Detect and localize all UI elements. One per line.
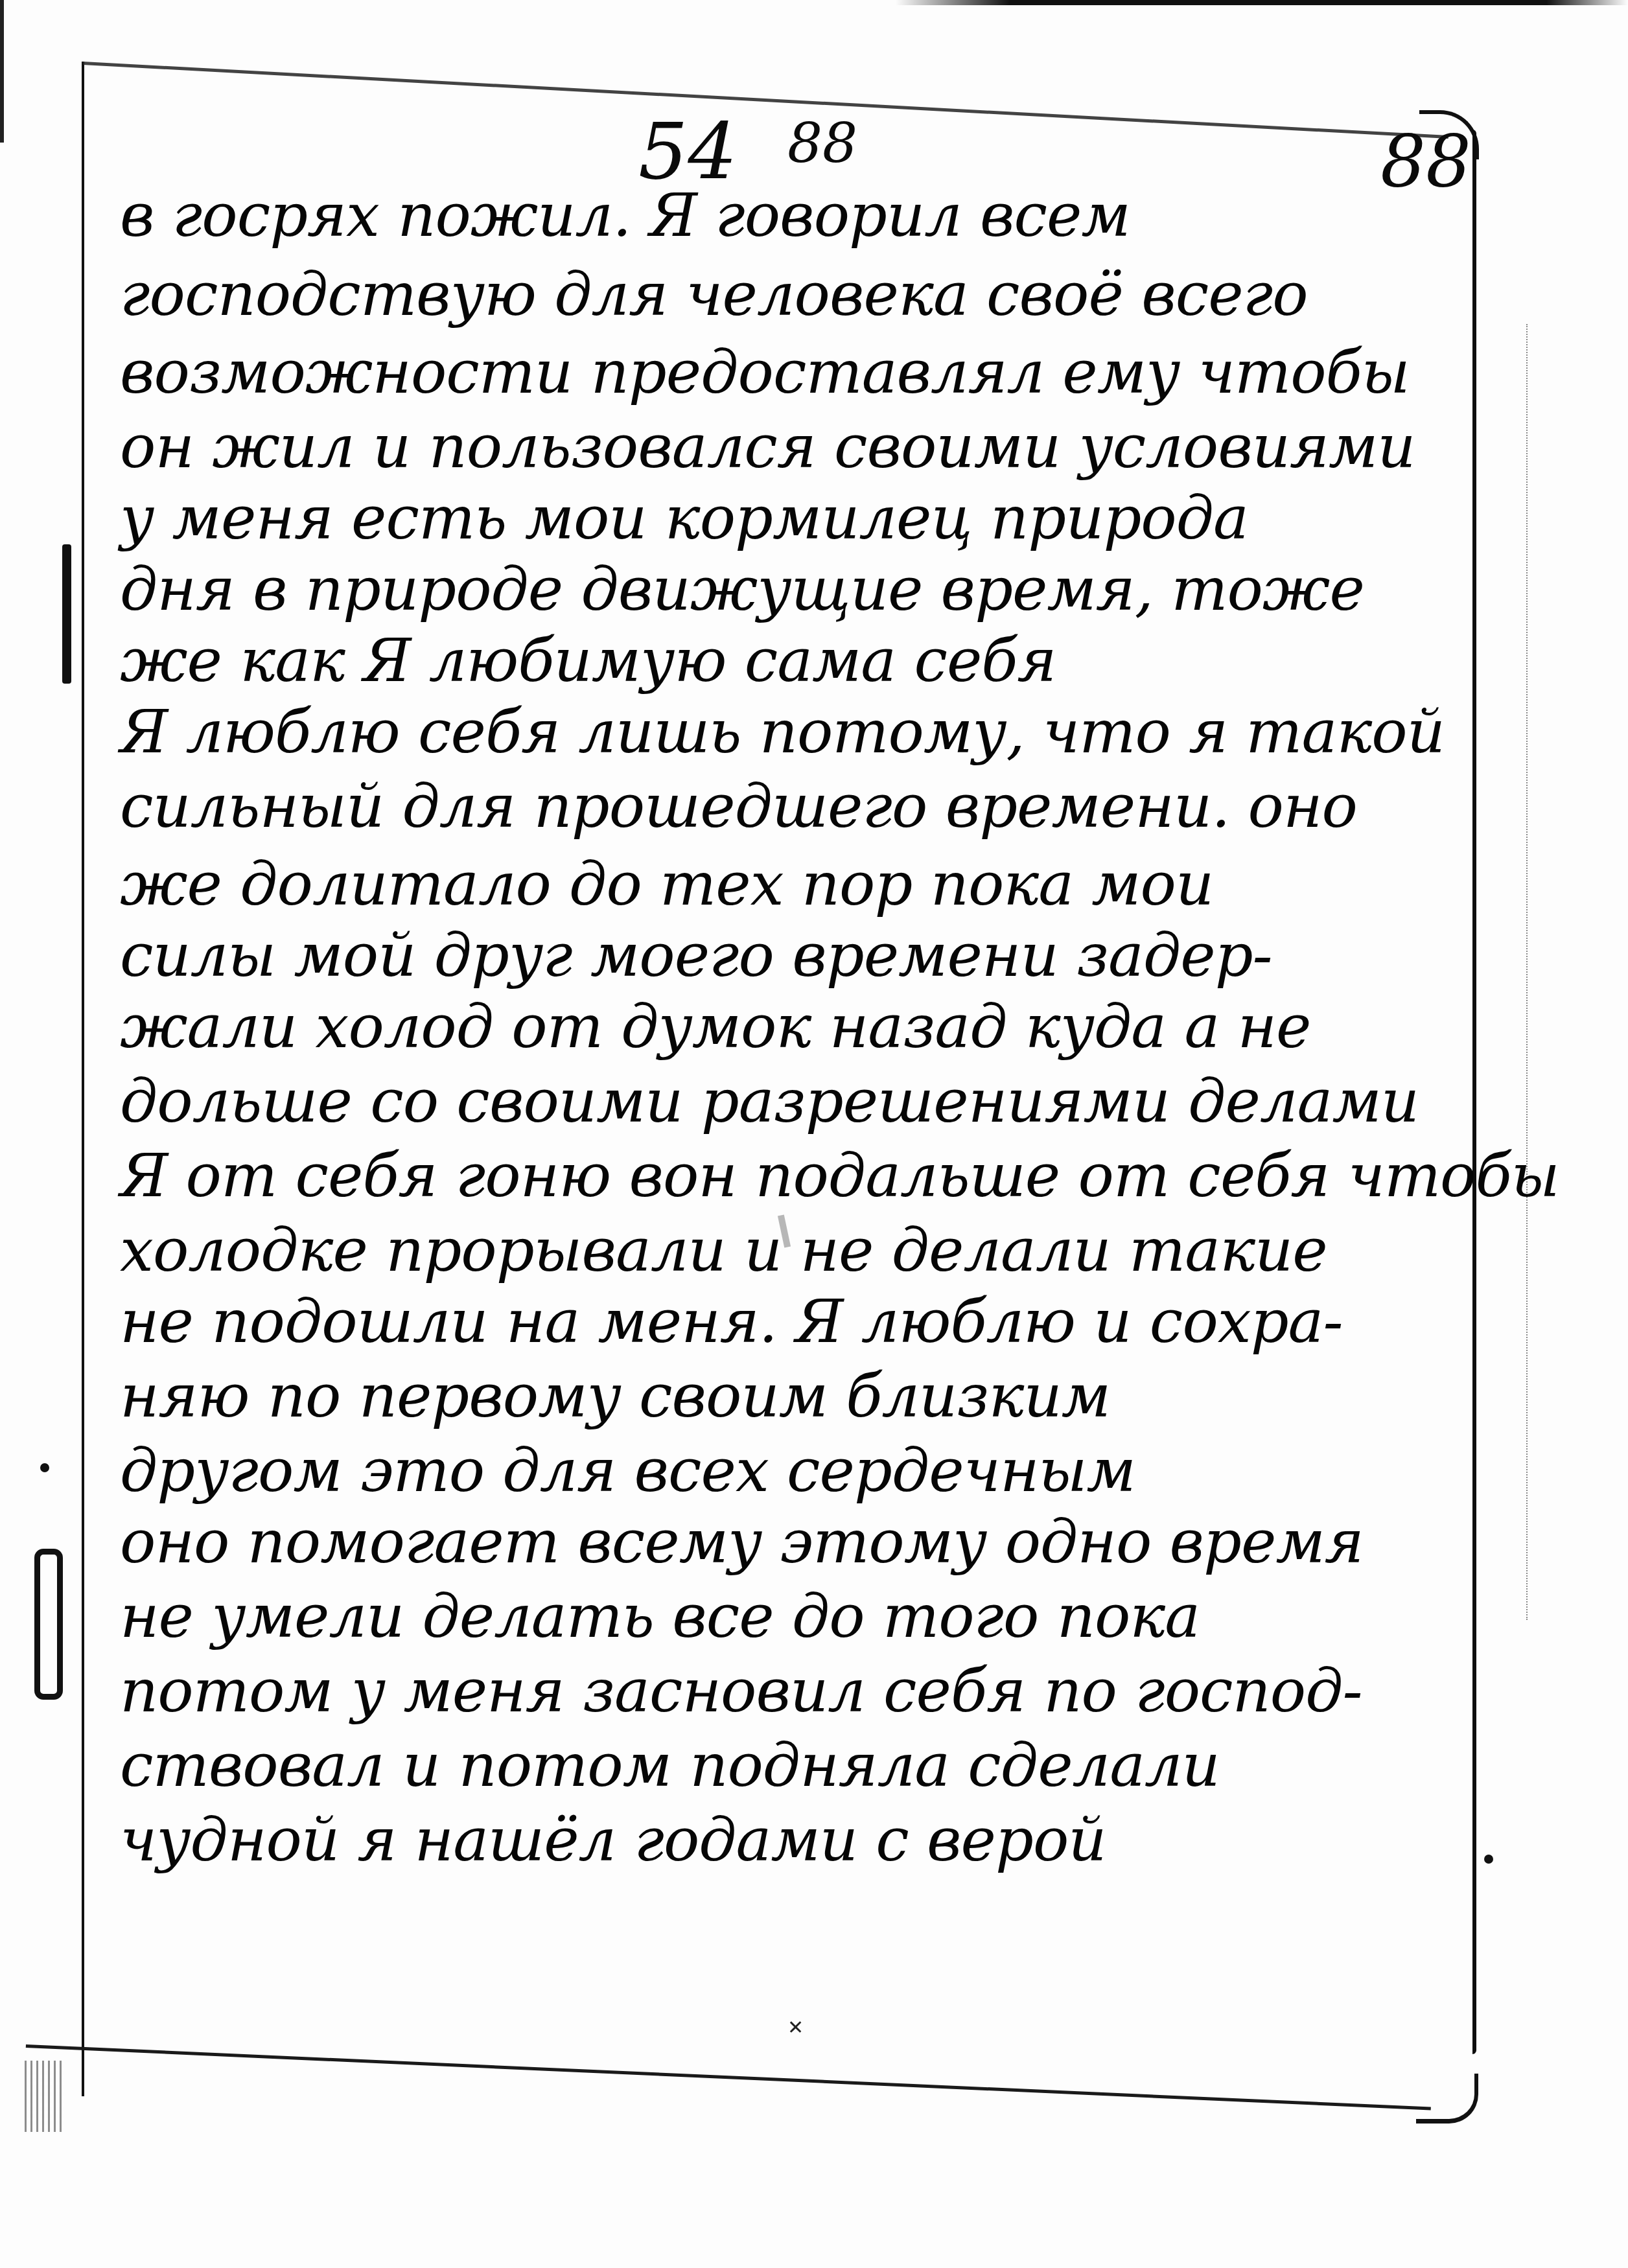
margin-dot-left <box>40 1463 49 1472</box>
scan-left-edge <box>0 0 4 143</box>
page-number-top-right: 88 <box>1380 120 1471 203</box>
page-frame-top <box>83 62 1448 139</box>
page-frame-right <box>1472 130 1476 2054</box>
stray-ink-mark: ✕ <box>787 2019 807 2038</box>
scan-top-edge <box>0 0 1628 5</box>
margin-oval-mark <box>34 1549 63 1700</box>
margin-bar-mark <box>62 544 71 684</box>
page-frame-corner-bottom-right <box>1416 2074 1478 2123</box>
scan-speckle <box>25 2061 64 2132</box>
manuscript-page: 54 88 88 в госрях пожил. Я говорил всем … <box>0 0 1628 2268</box>
margin-dot-right <box>1484 1855 1493 1864</box>
page-number-secondary: 88 <box>787 111 857 176</box>
scan-fold-line <box>1526 324 1529 1620</box>
page-frame-bottom <box>26 2044 1431 2111</box>
text-line: чудной я нашёл годами с верой <box>120 1792 1106 1889</box>
page-frame-left <box>82 62 84 2096</box>
